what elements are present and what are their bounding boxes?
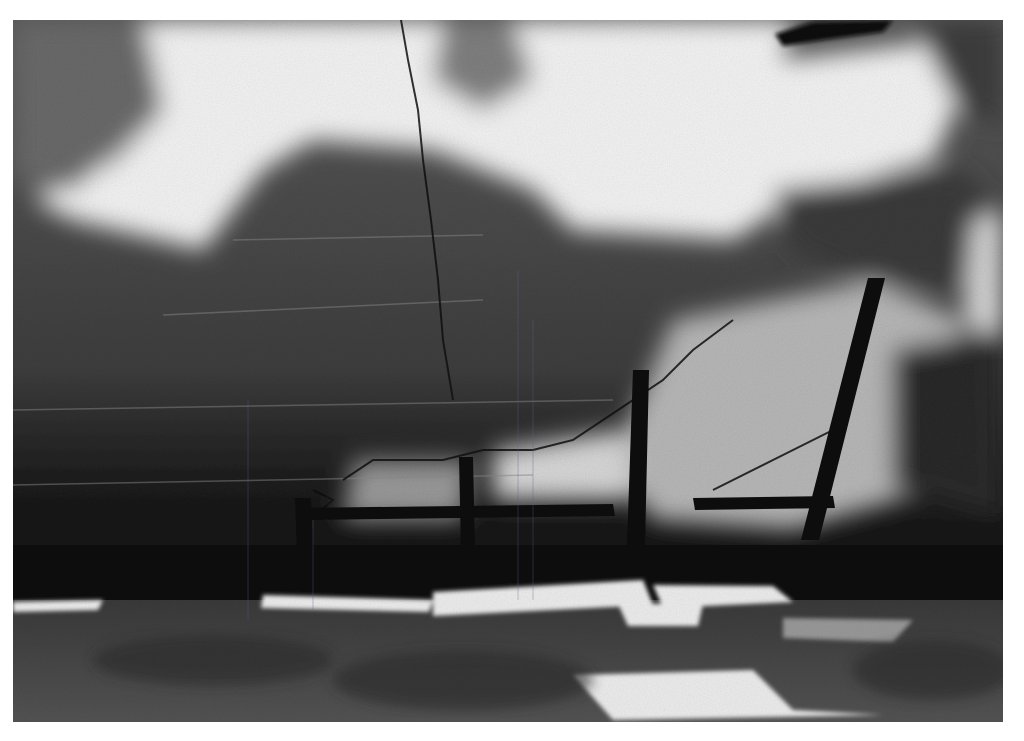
photo-rendering [13, 20, 1003, 722]
concrete-damage-photo [13, 20, 1003, 722]
